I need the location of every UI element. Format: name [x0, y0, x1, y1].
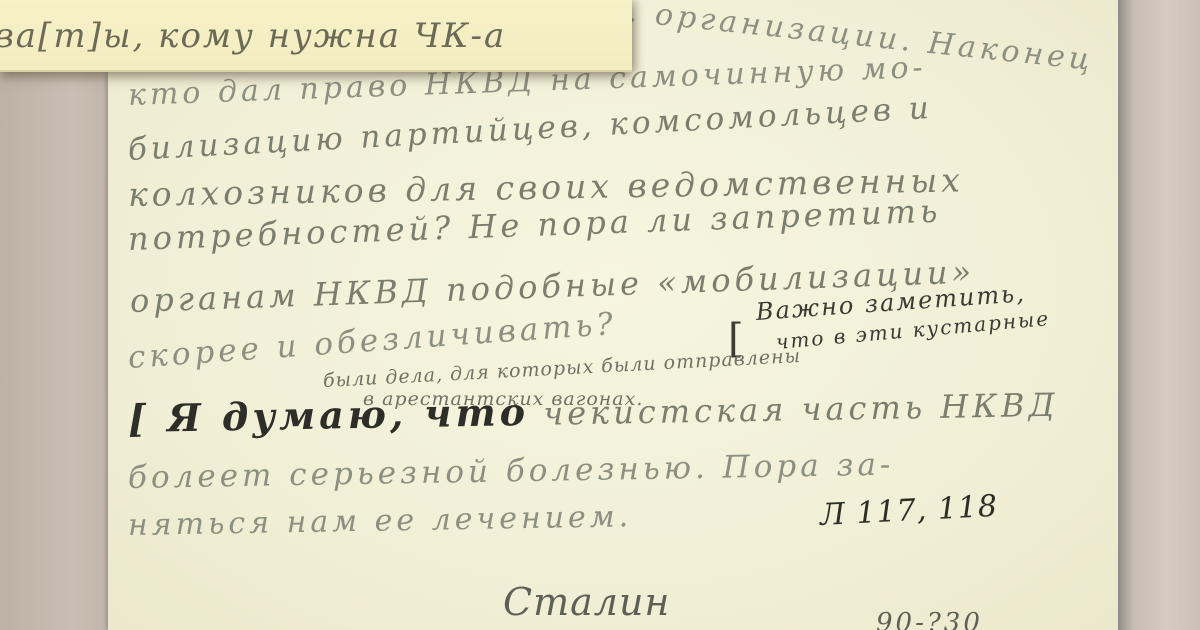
clipping-text: ва[т]ы, кому нужна ЧК-а	[0, 16, 506, 56]
document-sheet: … организации. Наконец кто дал право НКВ…	[108, 0, 1118, 630]
background-right-edge	[1117, 0, 1200, 630]
signature: Сталин	[503, 580, 670, 624]
text-line-9: няться нам ее лечением.	[128, 499, 633, 543]
emphasized-phrase: [ Я думаю, что	[128, 389, 530, 441]
text-line-7: [ Я думаю, что чекистская часть НКВД	[128, 380, 1059, 441]
newspaper-clipping: ва[т]ы, кому нужна ЧК-а	[0, 0, 632, 72]
page-reference: Л 117, 118	[819, 489, 999, 533]
text-line-7-rest: чекистская часть НКВД	[543, 386, 1059, 433]
text-line-8: болеет серьезной болезнью. Пора за-	[128, 447, 895, 496]
footer-number: 90-?30	[876, 608, 983, 630]
